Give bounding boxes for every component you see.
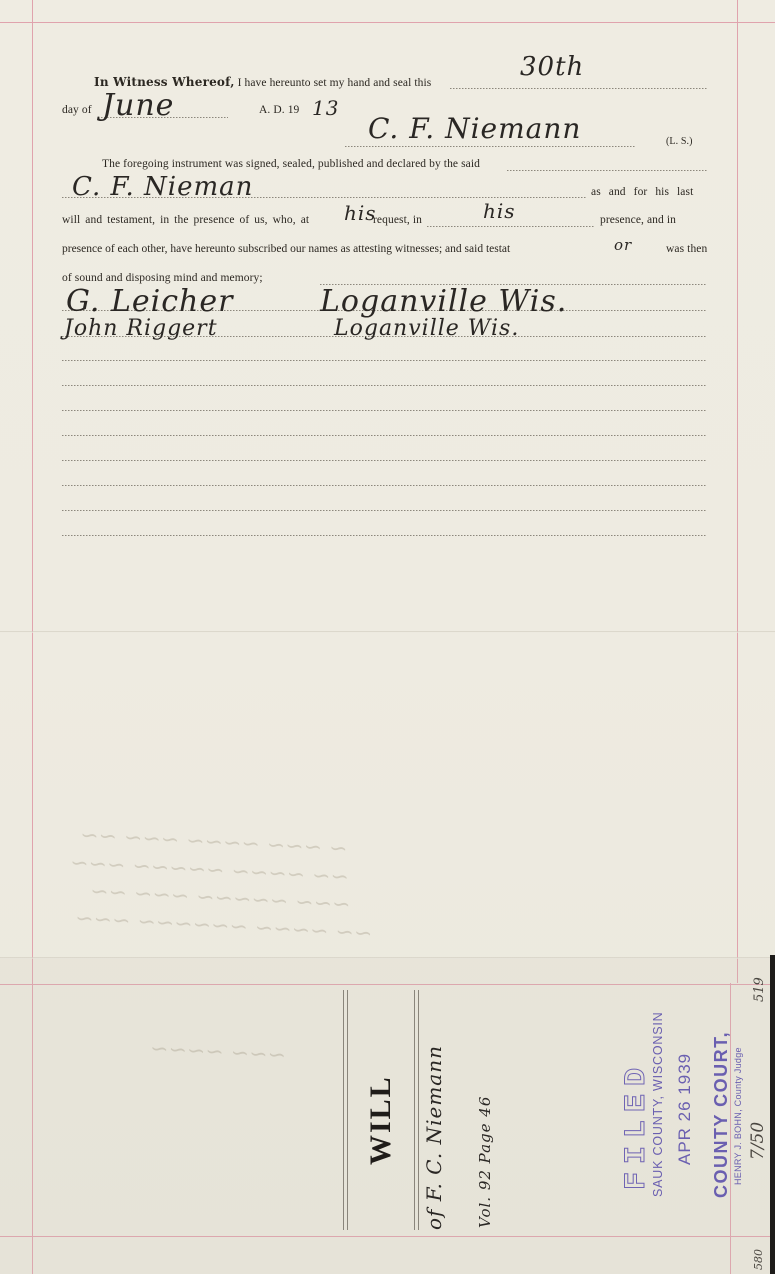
blank-line bbox=[62, 510, 707, 511]
in-witness-heading: In Witness Whereof, bbox=[94, 75, 235, 89]
blank-line bbox=[62, 460, 707, 461]
blank-line bbox=[62, 385, 707, 386]
declaration-line-3b: request, in bbox=[373, 214, 422, 226]
attestation-line-1: In Witness Whereof, I have hereunto set … bbox=[94, 75, 431, 89]
page-number-bottom: 580 bbox=[752, 1249, 765, 1270]
right-margin-rule bbox=[737, 0, 738, 983]
blank-line bbox=[62, 435, 707, 436]
scan-edge bbox=[770, 955, 775, 1274]
docket-divider-left bbox=[343, 990, 348, 1230]
pronoun-blank bbox=[427, 226, 595, 227]
fee-note: 7/50 bbox=[748, 1122, 768, 1160]
declaration-line-4a: presence of each other, have hereunto su… bbox=[62, 243, 510, 255]
declaration-line-5: of sound and disposing mind and memory; bbox=[62, 272, 263, 284]
docket-title: WILL bbox=[364, 1075, 398, 1165]
witness-1-name: G. Leicher bbox=[66, 284, 233, 319]
witness-2-residence: Loganville Wis. bbox=[334, 316, 519, 341]
declaration-line-2-suffix: as and for his last bbox=[591, 186, 693, 198]
blank-line bbox=[62, 410, 707, 411]
filed-stamp-date: APR 26 1939 bbox=[675, 1053, 695, 1165]
declaration-line-3c: presence, and in bbox=[600, 214, 676, 226]
attestation-text: I have hereunto set my hand and seal thi… bbox=[238, 77, 432, 89]
year-value: 13 bbox=[312, 96, 339, 120]
pronoun-his-2: his bbox=[483, 199, 516, 223]
filed-stamp-judge: HENRY J. BOHN, County Judge bbox=[733, 1047, 743, 1185]
declaration-blank-1 bbox=[507, 170, 707, 171]
seal-label: (L. S.) bbox=[666, 136, 693, 147]
blank-line bbox=[62, 535, 707, 536]
document-page: In Witness Whereof, I have hereunto set … bbox=[0, 0, 775, 1274]
filed-stamp-court: COUNTY COURT, bbox=[711, 1031, 732, 1198]
blank-line bbox=[62, 485, 707, 486]
signature-line bbox=[345, 146, 635, 147]
pronoun-his-1: his bbox=[344, 201, 377, 225]
witness-1-residence: Loganville Wis. bbox=[320, 284, 567, 319]
filed-stamp-county: SAUK COUNTY, WISCONSIN bbox=[651, 1012, 665, 1197]
witness-2-name: John Riggert bbox=[64, 316, 218, 341]
filed-stamp-label: FILED bbox=[620, 1060, 654, 1190]
testator-signature: C. F. Niemann bbox=[368, 112, 581, 145]
fold-crease-middle bbox=[0, 631, 775, 633]
testator-suffix: or bbox=[614, 236, 632, 254]
docket-testator-name: of F. C. Niemann bbox=[422, 1045, 446, 1230]
witness-line-3 bbox=[62, 360, 707, 361]
testator-name-handwritten: C. F. Nieman bbox=[72, 172, 253, 202]
month-value: June bbox=[102, 88, 174, 123]
docket-reference: Vol. 92 Page 46 bbox=[476, 1096, 494, 1228]
anno-domini-label: A. D. 19 bbox=[259, 104, 299, 116]
declaration-line-1: The foregoing instrument was signed, sea… bbox=[102, 158, 480, 170]
docket-divider-right bbox=[414, 990, 419, 1230]
day-value: 30th bbox=[520, 52, 584, 82]
day-blank bbox=[450, 88, 708, 89]
declaration-line-3a: will and testament, in the presence of u… bbox=[62, 214, 309, 226]
declaration-line-4b: was then bbox=[666, 243, 707, 255]
page-number-top: 519 bbox=[752, 977, 767, 1002]
top-margin-rule bbox=[0, 22, 775, 23]
day-of-label: day of bbox=[62, 104, 92, 116]
